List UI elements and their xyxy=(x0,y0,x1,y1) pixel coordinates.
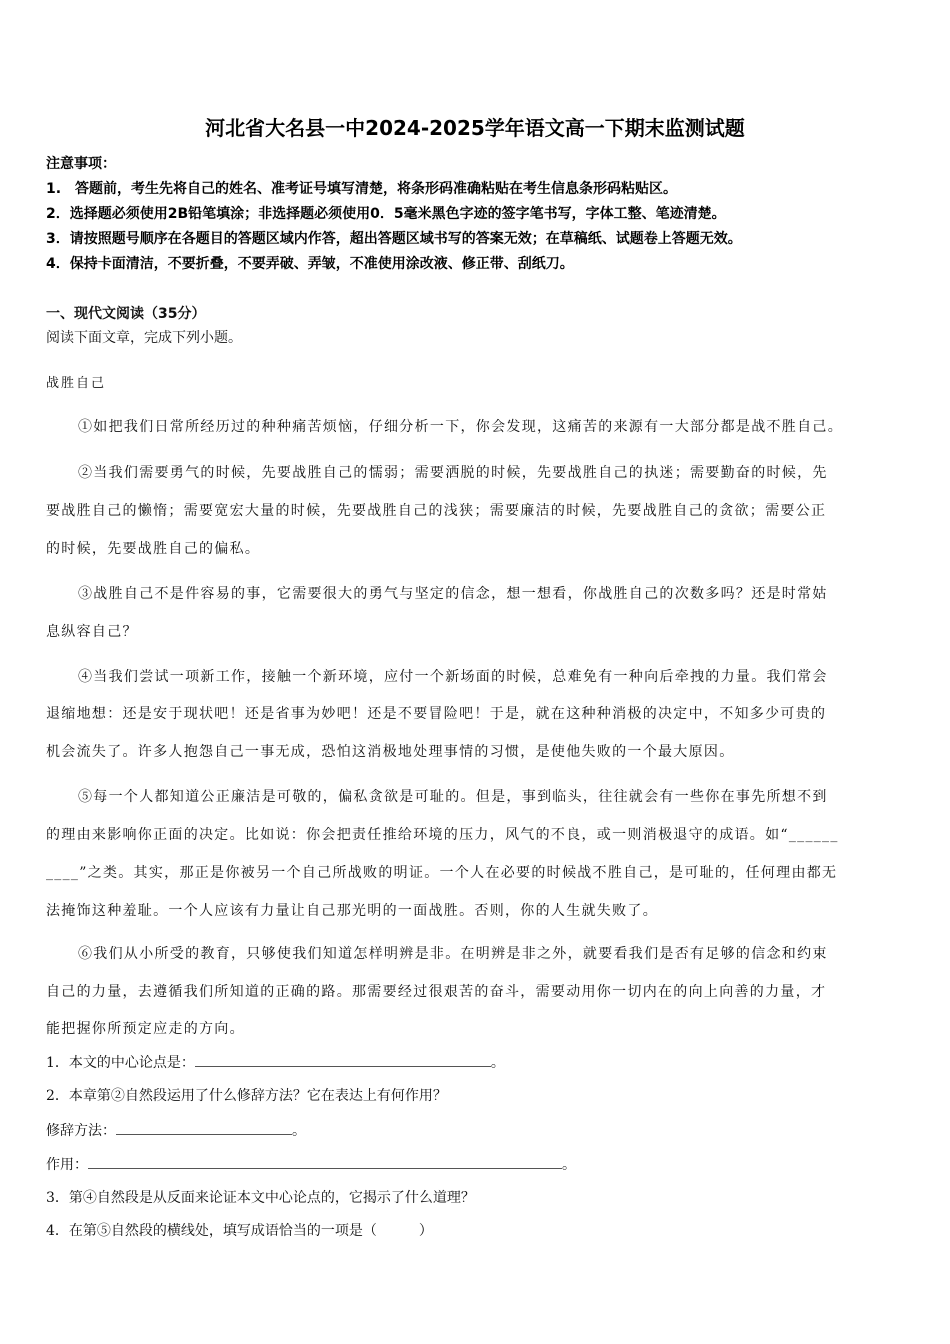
question-2-effect-end: 。 xyxy=(562,1157,576,1173)
paragraph-3-line-1: ③战胜自己不是件容易的事，它需要很大的勇气与坚定的信念，想一想看，你战胜自己的次… xyxy=(78,583,828,603)
exam-page: 河北省大名县一中2024-2025学年语文高一下期末监测试题 注意事项： 1. … xyxy=(0,0,950,1344)
notice-item-2: 2．选择题必须使用2B铅笔填涂；非选择题必须使用0．5毫米黑色字迹的签字笔书写，… xyxy=(46,203,726,223)
question-1: 1．本文的中心论点是：。 xyxy=(46,1052,505,1072)
paragraph-2-line-3: 的时候，先要战胜自己的偏私。 xyxy=(46,538,260,558)
paragraph-3-line-2: 息纵容自己？ xyxy=(46,621,138,641)
paragraph-6-line-3: 能把握你所预定应走的方向。 xyxy=(46,1018,245,1038)
paragraph-5-line-3: ____”之类。其实，那正是你被另一个自己所战败的明证。一个人在必要的时候战不胜… xyxy=(46,862,837,882)
paragraph-2-line-1: ②当我们需要勇气的时候，先要战胜自己的懦弱；需要洒脱的时候，先要战胜自己的执迷；… xyxy=(78,462,828,482)
paragraph-1-line-1: ①如把我们日常所经历过的种种痛苦烦恼，仔细分析一下，你会发现，这痛苦的来源有一大… xyxy=(78,416,843,436)
question-1-answer-blank[interactable] xyxy=(195,1052,491,1067)
question-2-effect-label: 作用： xyxy=(46,1157,88,1173)
notice-item-4: 4．保持卡面清洁，不要折叠，不要弄破、弄皱，不准使用涂改液、修正带、刮纸刀。 xyxy=(46,253,574,273)
paragraph-5-line-4: 法掩饰这种羞耻。一个人应该有力量让自己那光明的一面战胜。否则，你的人生就失败了。 xyxy=(46,900,658,920)
question-4: 4．在第⑤自然段的横线处，填写成语恰当的一项是（ ） xyxy=(46,1220,433,1240)
question-1-label: 1．本文的中心论点是： xyxy=(46,1055,195,1071)
paragraph-2-line-2: 要战胜自己的懒惰；需要宽宏大量的时候，先要战胜自己的浅狭；需要廉洁的时候，先要战… xyxy=(46,500,826,520)
question-2-effect: 作用：。 xyxy=(46,1154,576,1174)
notice-item-3: 3．请按照题号顺序在各题目的答题区域内作答，超出答题区域书写的答案无效；在草稿纸… xyxy=(46,228,742,248)
section-heading: 一、现代文阅读（35分） xyxy=(46,303,205,323)
question-2-effect-blank[interactable] xyxy=(88,1154,562,1169)
paragraph-5-line-2: 的理由来影响你正面的决定。比如说：你会把责任推给环境的压力，风气的不良，或一则消… xyxy=(46,824,839,844)
question-2-rhetoric-blank[interactable] xyxy=(116,1120,292,1135)
paragraph-6-line-1: ⑥我们从小所受的教育，只够使我们知道怎样明辨是非。在明辨是非之外，就要看我们是否… xyxy=(78,943,828,963)
page-title: 河北省大名县一中2024-2025学年语文高一下期末监测试题 xyxy=(0,112,950,141)
paragraph-5-line-1: ⑤每一个人都知道公正廉洁是可敬的，偏私贪欲是可耻的。但是，事到临头，往往就会有一… xyxy=(78,786,828,806)
notice-heading: 注意事项： xyxy=(46,153,116,173)
question-2-rhetoric: 修辞方法：。 xyxy=(46,1120,306,1140)
paragraph-4-line-2: 退缩地想：还是安于现状吧！还是省事为妙吧！还是不要冒险吧！于是，就在这种种消极的… xyxy=(46,703,826,723)
paragraph-6-line-2: 自己的力量，去遵循我们所知道的正确的路。那需要经过很艰苦的奋斗，需要动用你一切内… xyxy=(46,981,826,1001)
paragraph-4-line-1: ④当我们尝试一项新工作，接触一个新环境，应付一个新场面的时候，总难免有一种向后牵… xyxy=(78,666,828,686)
question-2: 2．本章第②自然段运用了什么修辞方法？它在表达上有何作用？ xyxy=(46,1085,447,1105)
question-2-rhetoric-end: 。 xyxy=(292,1123,306,1139)
article-title: 战胜自己 xyxy=(46,372,106,391)
question-3: 3．第④自然段是从反面来论证本文中心论点的，它揭示了什么道理？ xyxy=(46,1187,475,1207)
section-intro: 阅读下面文章，完成下列小题。 xyxy=(46,327,242,347)
notice-item-1: 1. 答题前，考生先将自己的姓名、准考证号填写清楚，将条形码准确粘贴在考生信息条… xyxy=(46,178,677,198)
question-2-rhetoric-label: 修辞方法： xyxy=(46,1123,116,1139)
paragraph-4-line-3: 机会流失了。许多人抱怨自己一事无成，恐怕这消极地处理事情的习惯，是使他失败的一个… xyxy=(46,741,735,761)
question-1-end: 。 xyxy=(491,1055,505,1071)
